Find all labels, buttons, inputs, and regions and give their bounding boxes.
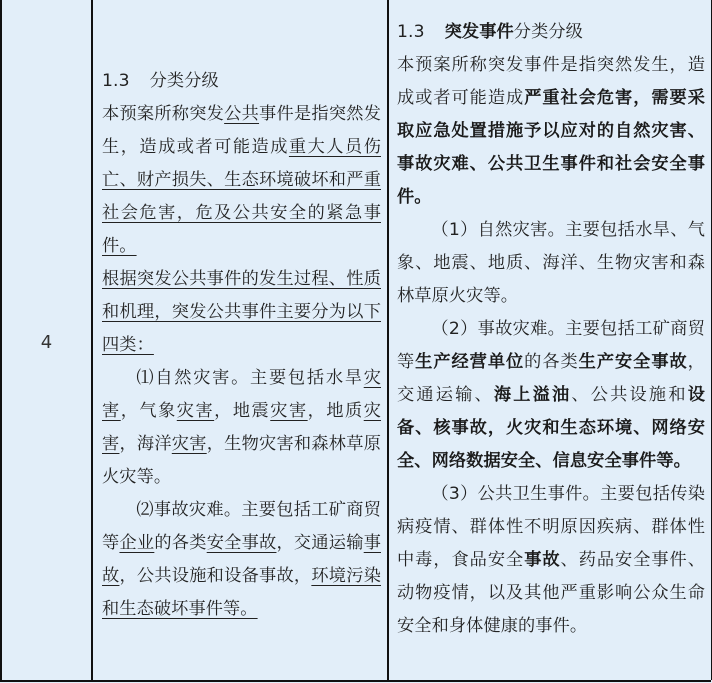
- new-heading-bold: 突发事件: [445, 22, 514, 42]
- plain-text: ，地震: [214, 401, 270, 421]
- row-number-cell: 4: [2, 0, 93, 680]
- plain-text: 、公共设施和: [571, 385, 687, 405]
- new-paragraph-accidents: （2）事故灾难。主要包括工矿商贸等生产经营单位的各类生产安全事故，交通运输、海上…: [397, 313, 705, 478]
- underlined-text: 安全事故: [207, 533, 277, 553]
- old-heading-number: 1.3: [102, 71, 130, 91]
- plain-text: ，气象: [121, 401, 177, 421]
- row-number: 4: [41, 332, 52, 353]
- new-heading-number: 1.3: [397, 22, 425, 42]
- old-paragraph-accidents: ⑵事故灾难。主要包括工矿商贸等企业的各类安全事故，交通运输事故，公共设施和设备事…: [102, 494, 381, 626]
- bold-text: 生产经营单位: [415, 352, 524, 372]
- new-heading-rest: 分类分级: [514, 22, 583, 42]
- old-heading-title: 分类分级: [150, 71, 219, 91]
- bold-text: 事故: [524, 550, 560, 570]
- plain-text: ，公共设施和设备事故，: [119, 566, 311, 586]
- new-paragraph-natural-disasters: （1）自然灾害。主要包括水旱、气象、地震、地质、海洋、生物灾害和森林草原火灾等。: [397, 214, 705, 313]
- plain-text: ，海洋: [119, 434, 171, 454]
- bold-text: 生产安全事故: [579, 352, 688, 372]
- plain-text: ，地质: [308, 401, 364, 421]
- original-text-cell: 1.3分类分级 本预案所称突发公共事件是指突然发生，造成或者可能造成重大人员伤亡…: [93, 0, 389, 680]
- plain-text: 的各类: [154, 533, 206, 553]
- underlined-text: 灾害: [270, 401, 307, 421]
- old-paragraph-definition: 本预案所称突发公共事件是指突然发生，造成或者可能造成重大人员伤亡、财产损失、生态…: [102, 98, 381, 263]
- new-paragraph-public-health: （3）公共卫生事件。主要包括传染病疫情、群体性不明原因疾病、群体性中毒，食品安全…: [397, 478, 705, 643]
- new-paragraph-definition: 本预案所称突发事件是指突然发生，造成或者可能造成严重社会危害，需要采取应急处置措…: [397, 49, 705, 214]
- plain-text: 本预案所称突发: [102, 104, 224, 124]
- underlined-text: 公共: [224, 104, 259, 124]
- underlined-text: 根据突发公共事件的发生过程、性质和机理，突发公共事件主要分为以下四类：: [102, 269, 381, 355]
- plain-text: （1）自然灾害。主要包括水旱、气象、地震、地质、海洋、生物灾害和森林草原火灾等。: [397, 220, 705, 306]
- comparison-table-row: 4 1.3分类分级 本预案所称突发公共事件是指突然发生，造成或者可能造成重大人员…: [0, 0, 711, 682]
- new-heading: 1.3突发事件分类分级: [397, 16, 705, 49]
- plain-text: ，交通运输: [276, 533, 363, 553]
- old-paragraph-natural-disasters: ⑴自然灾害。主要包括水旱灾害，气象灾害，地震灾害，地质灾害，海洋灾害，生物灾害和…: [102, 362, 381, 494]
- plain-text: 的各类: [524, 352, 579, 372]
- underlined-text: 企业: [119, 533, 154, 553]
- old-heading: 1.3分类分级: [102, 65, 381, 98]
- revised-text-cell: 1.3突发事件分类分级 本预案所称突发事件是指突然发生，造成或者可能造成严重社会…: [389, 0, 712, 680]
- underlined-text: 灾害: [177, 401, 214, 421]
- bold-text: 海上溢油: [494, 385, 572, 405]
- underlined-text: 灾害: [172, 434, 207, 454]
- plain-text: ⑴自然灾害。主要包括水旱: [136, 368, 363, 388]
- old-paragraph-categories: 根据突发公共事件的发生过程、性质和机理，突发公共事件主要分为以下四类：: [102, 263, 381, 362]
